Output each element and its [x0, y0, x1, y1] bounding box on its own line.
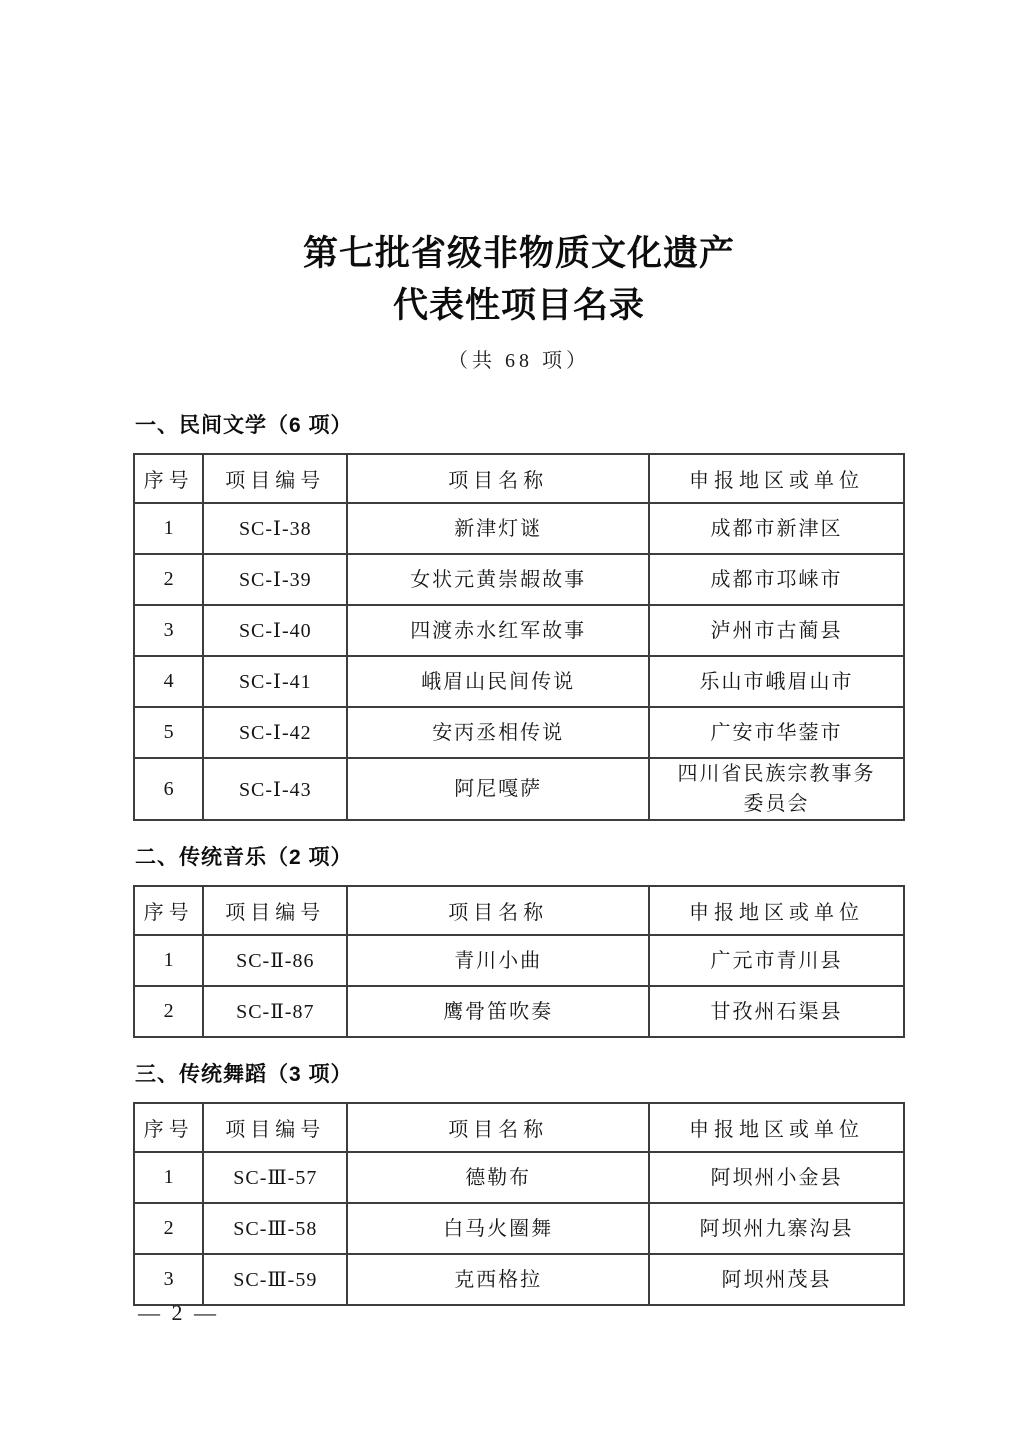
table-row: 2SC-Ⅲ-58白马火圈舞阿坝州九寨沟县 [134, 1203, 904, 1254]
cell-project-code: SC-Ⅰ-38 [203, 503, 347, 554]
column-header: 项目编号 [203, 454, 347, 503]
table-row: 1SC-Ⅰ-38新津灯谜成都市新津区 [134, 503, 904, 554]
column-header: 序号 [134, 454, 203, 503]
cell-project-code: SC-Ⅰ-43 [203, 758, 347, 820]
section: 一、民间文学（6 项） 序号项目编号项目名称申报地区或单位 1SC-Ⅰ-38新津… [133, 409, 905, 821]
section-heading: 三、传统舞蹈（3 项） [135, 1058, 905, 1088]
column-header: 序号 [134, 886, 203, 935]
cell-applicant-unit: 成都市新津区 [649, 503, 904, 554]
cell-project-code: SC-Ⅰ-39 [203, 554, 347, 605]
cell-applicant-unit: 广元市青川县 [649, 935, 904, 986]
cell-project-name: 白马火圈舞 [347, 1203, 649, 1254]
table-row: 1SC-Ⅱ-86青川小曲广元市青川县 [134, 935, 904, 986]
cell-project-name: 阿尼嘎萨 [347, 758, 649, 820]
table-row: 2SC-Ⅰ-39女状元黄崇嘏故事成都市邛崃市 [134, 554, 904, 605]
cell-index: 3 [134, 605, 203, 656]
cell-index: 4 [134, 656, 203, 707]
cell-index: 2 [134, 986, 203, 1037]
section: 三、传统舞蹈（3 项） 序号项目编号项目名称申报地区或单位 1SC-Ⅲ-57德勒… [133, 1058, 905, 1306]
cell-project-code: SC-Ⅲ-57 [203, 1152, 347, 1203]
cell-applicant-unit: 广安市华蓥市 [649, 707, 904, 758]
cell-project-name: 克西格拉 [347, 1254, 649, 1305]
column-header: 项目名称 [347, 454, 649, 503]
column-header: 序号 [134, 1103, 203, 1152]
heritage-table: 序号项目编号项目名称申报地区或单位 1SC-Ⅰ-38新津灯谜成都市新津区2SC-… [133, 453, 905, 821]
cell-applicant-unit: 阿坝州九寨沟县 [649, 1203, 904, 1254]
cell-index: 5 [134, 707, 203, 758]
table-row: 6SC-Ⅰ-43阿尼嘎萨四川省民族宗教事务 委员会 [134, 758, 904, 820]
cell-applicant-unit: 阿坝州茂县 [649, 1254, 904, 1305]
table-row: 2SC-Ⅱ-87鹰骨笛吹奏甘孜州石渠县 [134, 986, 904, 1037]
table-row: 5SC-Ⅰ-42安丙丞相传说广安市华蓥市 [134, 707, 904, 758]
column-header: 申报地区或单位 [649, 454, 904, 503]
cell-applicant-unit: 四川省民族宗教事务 委员会 [649, 758, 904, 820]
column-header: 项目编号 [203, 886, 347, 935]
cell-index: 1 [134, 1152, 203, 1203]
cell-applicant-unit: 阿坝州小金县 [649, 1152, 904, 1203]
cell-applicant-unit: 乐山市峨眉山市 [649, 656, 904, 707]
cell-project-code: SC-Ⅰ-41 [203, 656, 347, 707]
section: 二、传统音乐（2 项） 序号项目编号项目名称申报地区或单位 1SC-Ⅱ-86青川… [133, 841, 905, 1038]
cell-index: 2 [134, 554, 203, 605]
column-header: 申报地区或单位 [649, 1103, 904, 1152]
heritage-table: 序号项目编号项目名称申报地区或单位 1SC-Ⅱ-86青川小曲广元市青川县2SC-… [133, 885, 905, 1038]
cell-project-name: 德勒布 [347, 1152, 649, 1203]
document-subtitle: （共 68 项） [133, 344, 905, 373]
cell-project-name: 峨眉山民间传说 [347, 656, 649, 707]
document-page: 第七批省级非物质文化遗产 代表性项目名录 （共 68 项） 一、民间文学（6 项… [0, 0, 1024, 1449]
cell-index: 1 [134, 935, 203, 986]
table-header-row: 序号项目编号项目名称申报地区或单位 [134, 454, 904, 503]
cell-index: 6 [134, 758, 203, 820]
column-header: 项目编号 [203, 1103, 347, 1152]
table-header-row: 序号项目编号项目名称申报地区或单位 [134, 1103, 904, 1152]
column-header: 项目名称 [347, 1103, 649, 1152]
cell-index: 1 [134, 503, 203, 554]
cell-applicant-unit: 泸州市古蔺县 [649, 605, 904, 656]
section-heading: 二、传统音乐（2 项） [135, 841, 905, 871]
cell-project-name: 女状元黄崇嘏故事 [347, 554, 649, 605]
table-row: 3SC-Ⅰ-40四渡赤水红军故事泸州市古蔺县 [134, 605, 904, 656]
table-row: 1SC-Ⅲ-57德勒布阿坝州小金县 [134, 1152, 904, 1203]
column-header: 项目名称 [347, 886, 649, 935]
cell-project-code: SC-Ⅲ-59 [203, 1254, 347, 1305]
table-header-row: 序号项目编号项目名称申报地区或单位 [134, 886, 904, 935]
section-heading: 一、民间文学（6 项） [135, 409, 905, 439]
heritage-table: 序号项目编号项目名称申报地区或单位 1SC-Ⅲ-57德勒布阿坝州小金县2SC-Ⅲ… [133, 1102, 905, 1306]
cell-project-name: 四渡赤水红军故事 [347, 605, 649, 656]
cell-project-code: SC-Ⅱ-86 [203, 935, 347, 986]
cell-project-code: SC-Ⅱ-87 [203, 986, 347, 1037]
table-row: 4SC-Ⅰ-41峨眉山民间传说乐山市峨眉山市 [134, 656, 904, 707]
document-content: 第七批省级非物质文化遗产 代表性项目名录 （共 68 项） 一、民间文学（6 项… [133, 0, 905, 1306]
title-line-1: 第七批省级非物质文化遗产 [133, 228, 905, 280]
cell-project-name: 新津灯谜 [347, 503, 649, 554]
cell-project-name: 鹰骨笛吹奏 [347, 986, 649, 1037]
cell-project-code: SC-Ⅰ-42 [203, 707, 347, 758]
cell-project-code: SC-Ⅰ-40 [203, 605, 347, 656]
cell-applicant-unit: 成都市邛崃市 [649, 554, 904, 605]
table-row: 3SC-Ⅲ-59克西格拉阿坝州茂县 [134, 1254, 904, 1305]
page-number: — 2 — [138, 1300, 219, 1326]
cell-index: 2 [134, 1203, 203, 1254]
cell-project-code: SC-Ⅲ-58 [203, 1203, 347, 1254]
cell-project-name: 青川小曲 [347, 935, 649, 986]
cell-applicant-unit: 甘孜州石渠县 [649, 986, 904, 1037]
cell-index: 3 [134, 1254, 203, 1305]
sections: 一、民间文学（6 项） 序号项目编号项目名称申报地区或单位 1SC-Ⅰ-38新津… [133, 409, 905, 1306]
cell-project-name: 安丙丞相传说 [347, 707, 649, 758]
column-header: 申报地区或单位 [649, 886, 904, 935]
title-line-2: 代表性项目名录 [133, 280, 905, 332]
document-title: 第七批省级非物质文化遗产 代表性项目名录 [133, 228, 905, 332]
